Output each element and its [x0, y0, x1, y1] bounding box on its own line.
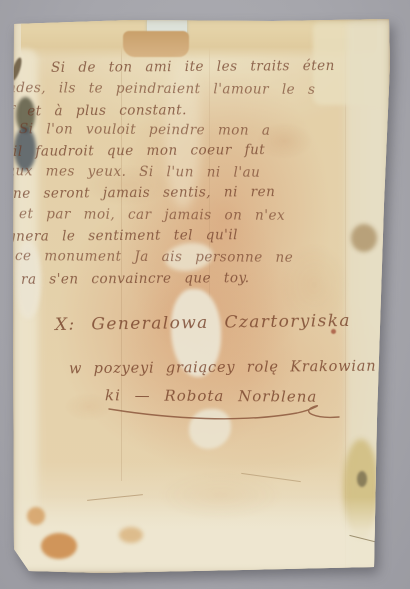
- manuscript-paper: Si de ton ami ite les traits éten ndes, …: [13, 19, 390, 573]
- paper-shadow: Si de ton ami ite les traits éten ndes, …: [0, 0, 410, 589]
- paper-edge-shading: [13, 19, 390, 573]
- photo-background: Si de ton ami ite les traits éten ndes, …: [0, 0, 410, 589]
